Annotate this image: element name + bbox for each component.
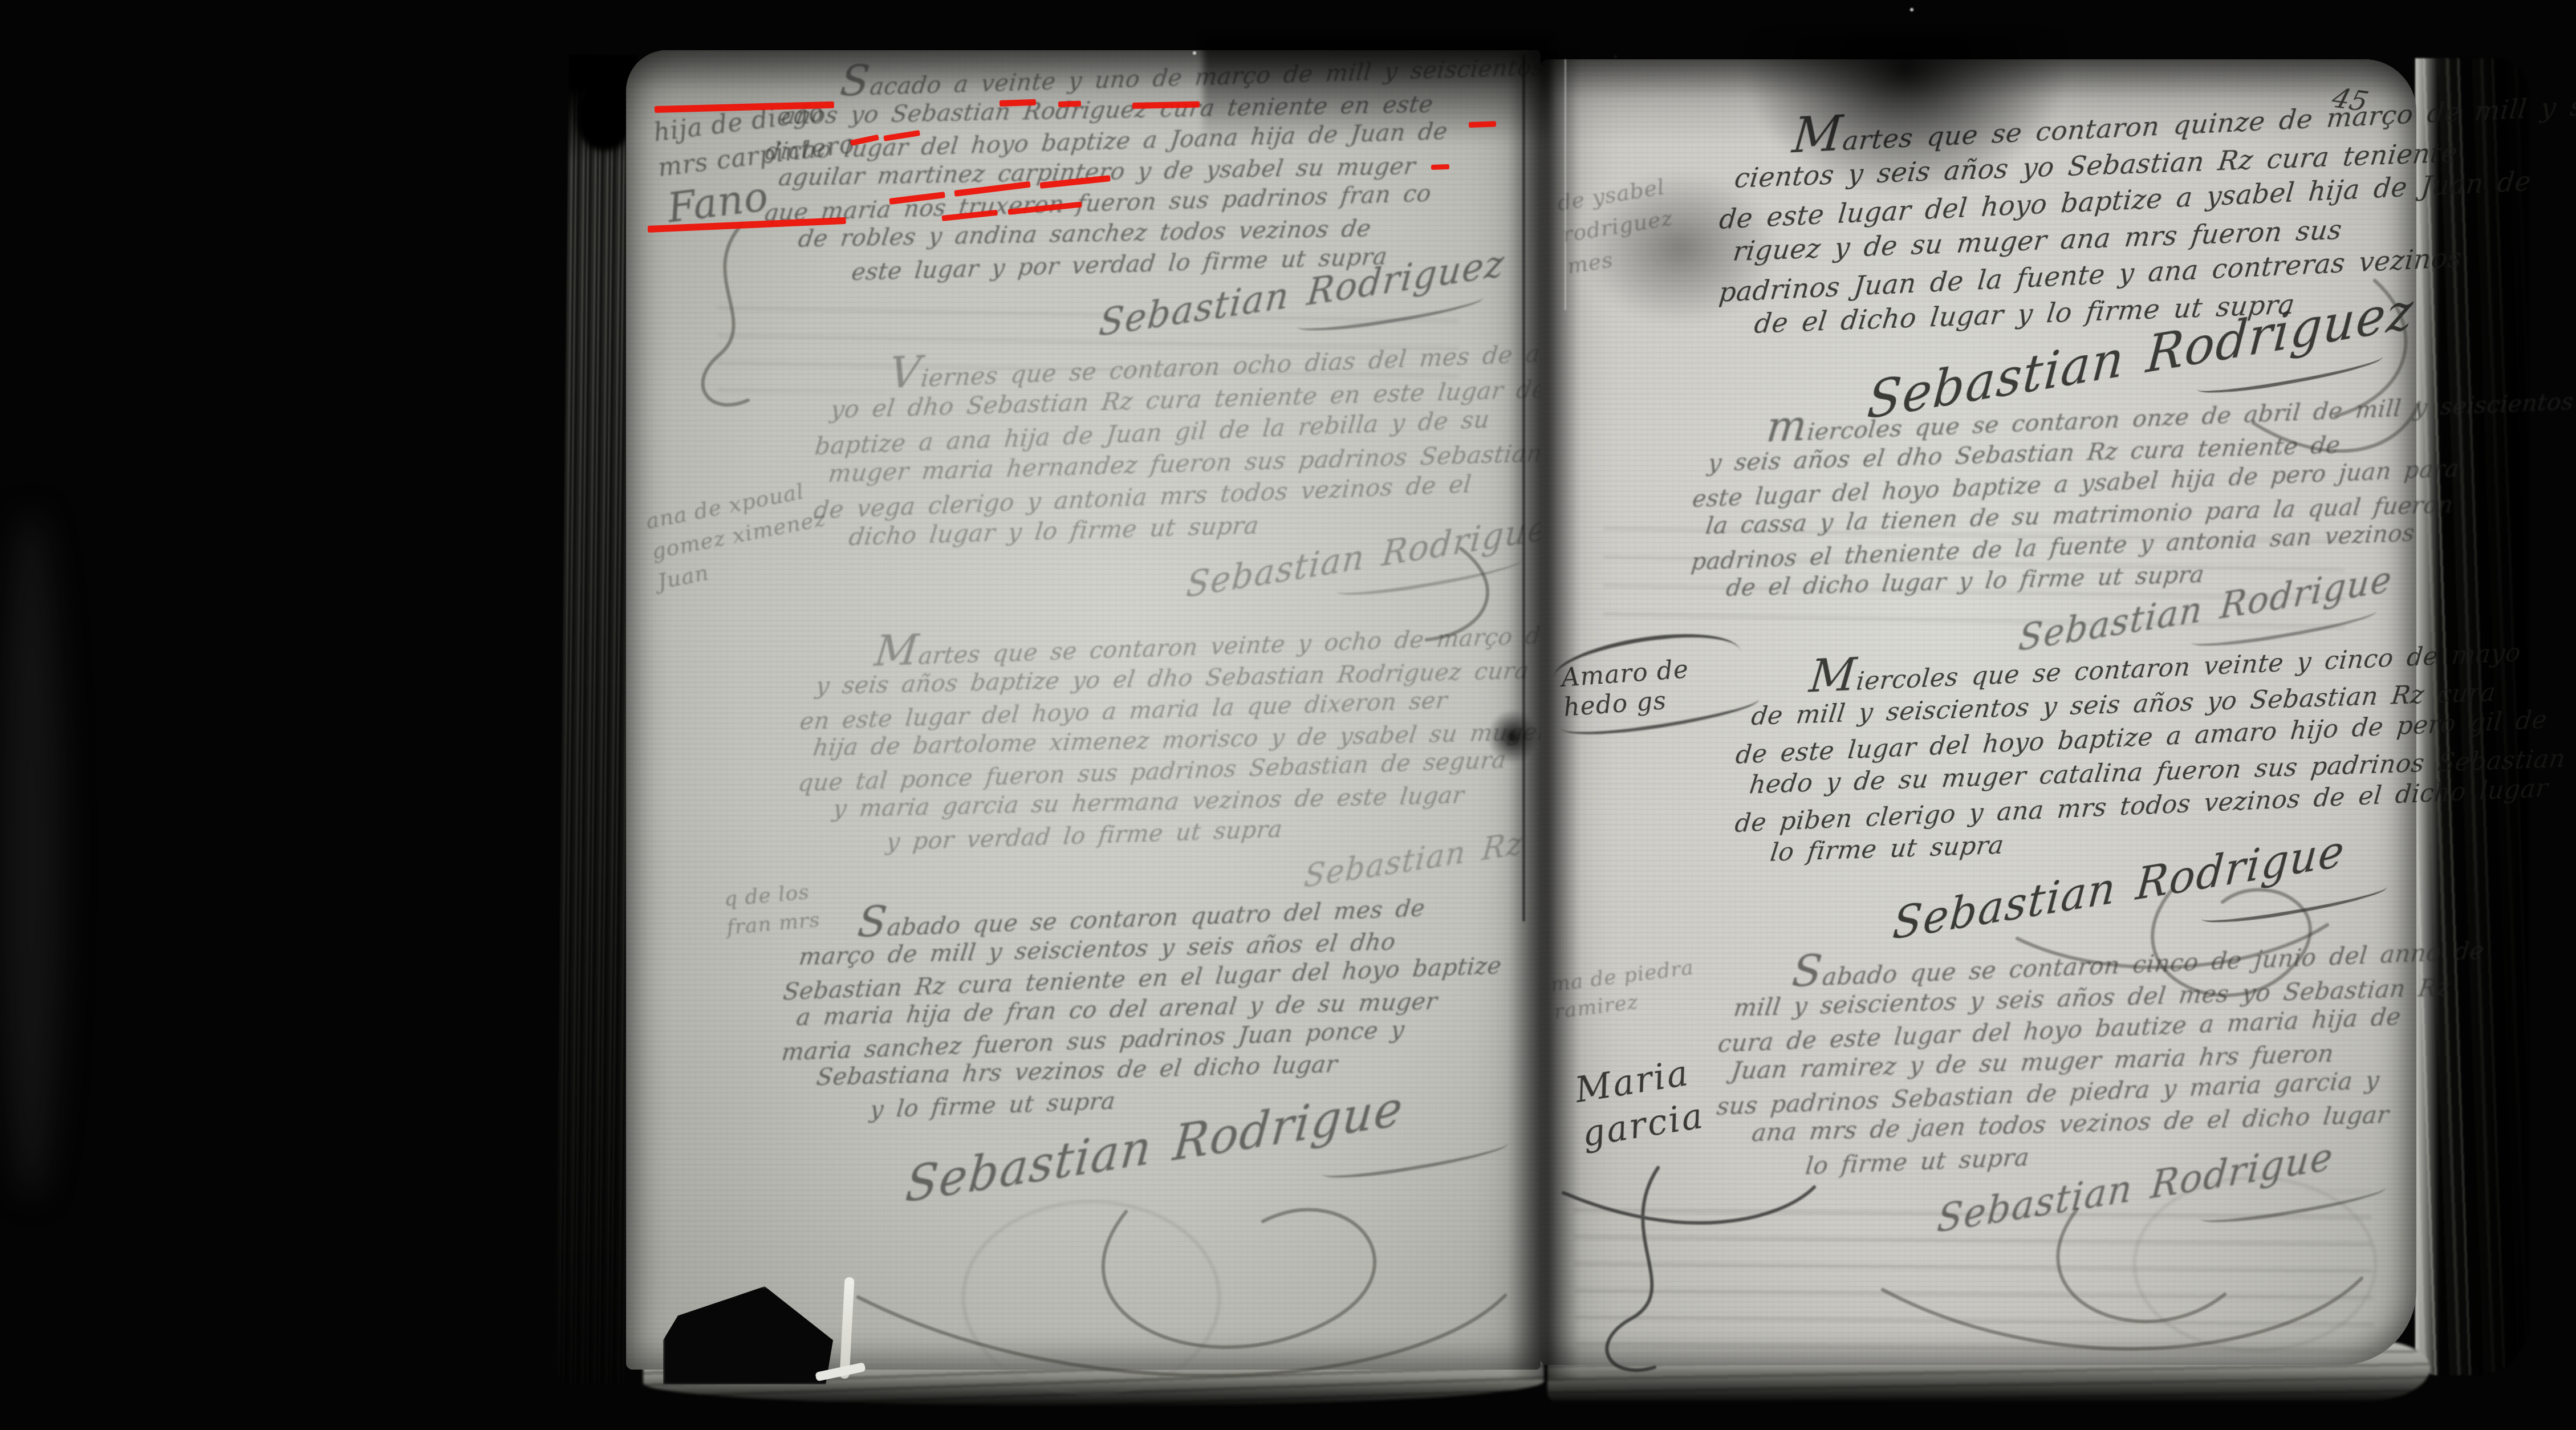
ink-flourish xyxy=(2152,890,2310,996)
red-underline-mark xyxy=(1058,101,1081,107)
ink-flourish xyxy=(1883,1210,2362,1349)
ink-flourishes xyxy=(0,0,2576,1430)
red-underline-mark xyxy=(1469,121,1496,128)
ink-flourish xyxy=(858,1295,1505,1375)
ink-flourish xyxy=(703,224,748,405)
red-underline-mark xyxy=(999,99,1036,107)
manuscript-photo: Sacado a veinte y uno de março de mill y… xyxy=(0,0,2576,1430)
ink-flourish xyxy=(2017,925,2327,968)
ink-flourish xyxy=(1103,1210,1375,1347)
ink-flourish xyxy=(1427,549,1488,640)
ink-flourish xyxy=(2253,281,2419,451)
red-underline-mark xyxy=(1431,164,1449,170)
ink-flourish xyxy=(1563,1168,1814,1370)
